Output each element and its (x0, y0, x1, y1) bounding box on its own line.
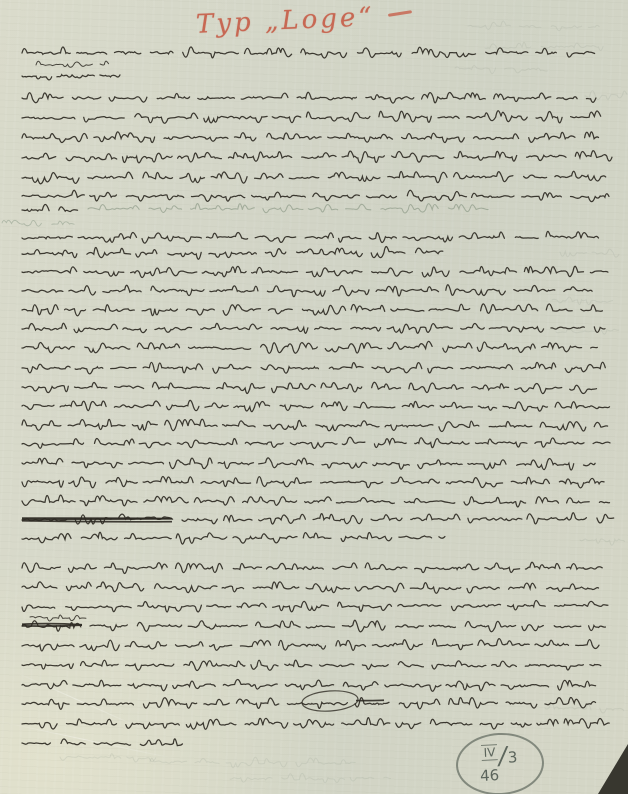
ink-handwriting-lines (2, 47, 614, 746)
archive-stamp-top-row: IV / 3 (481, 743, 518, 769)
stamp-slash: / (498, 743, 507, 767)
stamp-folio-number: 46 (480, 768, 500, 784)
handwriting-layer (0, 0, 628, 794)
bleedthrough-ghost-writing (60, 21, 627, 783)
stamp-part-number: 3 (507, 750, 517, 765)
circled-word-mark (301, 689, 358, 713)
stamp-roman-numeral: IV (481, 744, 498, 761)
manuscript-page: Typ „Loge“ IV / 3 46 (0, 0, 628, 794)
